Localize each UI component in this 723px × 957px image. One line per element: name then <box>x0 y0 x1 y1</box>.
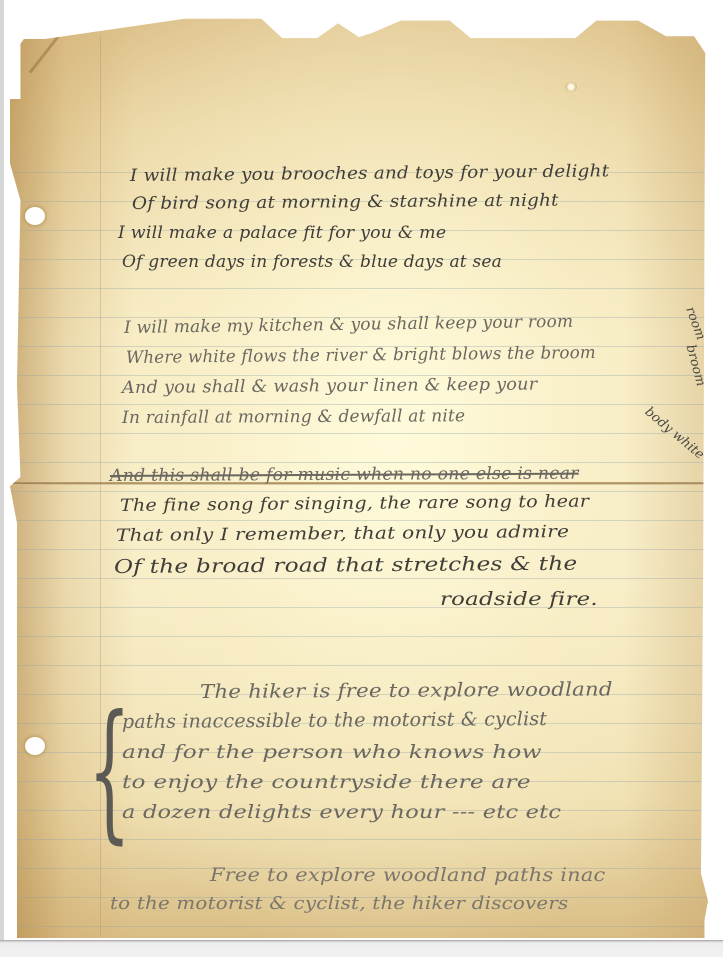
paragraph-1-line-1: The hiker is free to explore woodland <box>200 678 613 703</box>
document-viewer: I will make you brooches and toys for yo… <box>0 0 723 957</box>
stanza-1-line-4: Of green days in forests & blue days at … <box>122 252 502 272</box>
paragraph-2-line-1: Free to explore woodland paths inac <box>210 864 605 886</box>
stanza-2-line-4: In rainfall at morning & dewfall at nite <box>122 406 465 428</box>
viewer-bottom-bar <box>0 940 723 957</box>
stanza-1-line-2: Of bird song at morning & starshine at n… <box>132 191 559 214</box>
paragraph-1-line-4: to enjoy the countryside there are <box>122 771 531 793</box>
stanza-3-line-1: And this shall be for music when no one … <box>110 464 579 486</box>
stanza-3-closing: roadside fire. <box>440 588 598 610</box>
stanza-2-line-3: And you shall & wash your linen & keep y… <box>122 375 538 398</box>
punch-hole-bottom <box>25 737 45 755</box>
scanned-notebook-page: I will make you brooches and toys for yo… <box>10 16 708 938</box>
paragraph-1-line-2: paths inaccessible to the motorist & cyc… <box>122 708 547 733</box>
stanza-3-line-4: Of the broad road that stretches & the <box>114 553 578 578</box>
paper-stain <box>565 82 577 92</box>
paragraph-2-line-2: to the motorist & cyclist, the hiker dis… <box>110 893 568 914</box>
stanza-3-line-3: That only I remember, that only you admi… <box>116 522 569 546</box>
paragraph-1-line-5: a dozen delights every hour --- etc etc <box>122 801 561 823</box>
punch-hole-top <box>25 207 45 225</box>
corner-crease <box>29 1 87 74</box>
stanza-1-line-3: I will make a palace fit for you & me <box>118 223 446 243</box>
viewer-left-edge <box>0 0 4 940</box>
paragraph-1-line-3: and for the person who knows how <box>122 741 542 763</box>
